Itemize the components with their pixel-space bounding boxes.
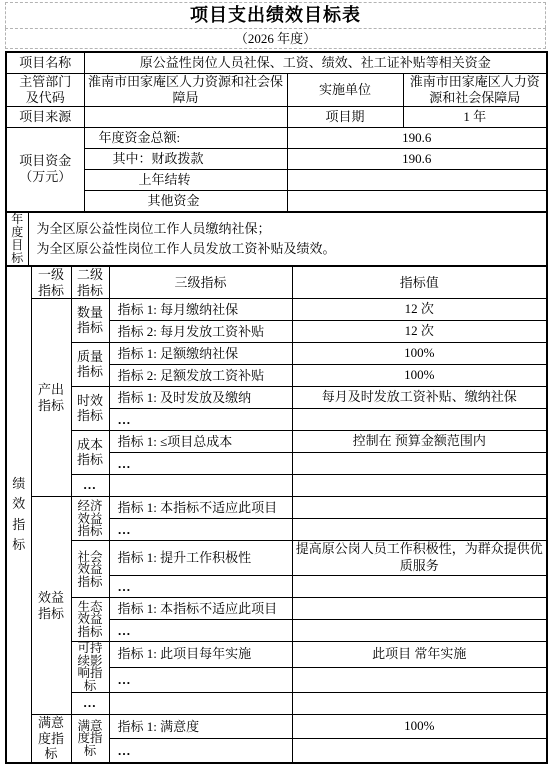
table-row: … bbox=[6, 475, 547, 497]
indicator-value bbox=[292, 598, 547, 620]
indicator-value bbox=[292, 453, 547, 475]
funds-total-label: 年度资金总额: bbox=[84, 128, 287, 149]
page-title: 项目支出绩效目标表 bbox=[5, 2, 546, 28]
performance-target-sheet: 项目支出绩效目标表 （2026 年度） 项目名称 原公益性岗位人员社保、工资、绩… bbox=[0, 0, 551, 767]
project-source-value bbox=[84, 107, 287, 128]
group-satisfaction: 满意度指标 bbox=[31, 715, 71, 763]
indicator-name: 指标 1: 满意度 bbox=[109, 715, 292, 739]
indicator-value bbox=[292, 667, 547, 693]
subgroup-satisfaction: 满意度指标 bbox=[71, 715, 109, 763]
subgroup-ellipsis: … bbox=[71, 475, 109, 497]
table-row: 质量指标 指标 1: 足额缴纳社保 100% bbox=[6, 343, 547, 365]
funds-total-value: 190.6 bbox=[287, 128, 547, 149]
table-row: 社会效益指标 指标 1: 提升工作积极性 提高原公岗人员工作积极性，为群众提供优… bbox=[6, 541, 547, 576]
funds-fiscal-label: 其中：财政拨款 bbox=[84, 149, 287, 170]
indicator-value: 控制在 预算金额范围内 bbox=[292, 431, 547, 453]
funds-fiscal-value: 190.6 bbox=[287, 149, 547, 170]
source-row: 项目来源 项目期 1 年 bbox=[6, 107, 547, 128]
dept-value: 淮南市田家庵区人力资源和社会保障局 bbox=[84, 73, 287, 107]
subgroup-ellipsis: … bbox=[71, 693, 109, 715]
funds-other-label: 其他资金 bbox=[84, 191, 287, 212]
funds-other-value bbox=[287, 191, 547, 212]
indicator-name bbox=[109, 475, 292, 497]
indicator-name: 指标 1: ≤项目总成本 bbox=[109, 431, 292, 453]
indicator-name bbox=[109, 693, 292, 715]
project-name-value: 原公益性岗位人员社保、工资、绩效、社工证补贴等相关资金 bbox=[84, 52, 547, 73]
indicator-value bbox=[292, 497, 547, 519]
table-row: … bbox=[6, 693, 547, 715]
table-row: 可持续影响指标 指标 1: 此项目每年实施 此项目 常年实施 bbox=[6, 642, 547, 668]
group-output: 产出指标 bbox=[31, 299, 71, 497]
indicator-value bbox=[292, 620, 547, 642]
indicator-value bbox=[292, 576, 547, 598]
indicators-header-row: 绩效指标 一级指标 二级指标 三级指标 指标值 bbox=[6, 266, 547, 299]
dept-label: 主管部门 及代码 bbox=[6, 73, 84, 107]
funds-row-carryover: 上年结转 bbox=[6, 170, 547, 191]
table-row: 效益指标 经济效益指标 指标 1: 本指标不适应此项目 bbox=[6, 497, 547, 519]
annual-goal-label: 年度目标 bbox=[6, 212, 28, 267]
indicator-name: 指标 1: 此项目每年实施 bbox=[109, 642, 292, 668]
indicator-value: 提高原公岗人员工作积极性，为群众提供优质服务 bbox=[292, 541, 547, 576]
indicator-value: 100% bbox=[292, 365, 547, 387]
annual-goal-table: 年度目标 为全区原公益性岗位工作人员缴纳社保； 为全区原公益性岗位工作人员发放工… bbox=[5, 211, 548, 268]
project-period-label: 项目期 bbox=[287, 107, 403, 128]
table-row: 成本指标 指标 1: ≤项目总成本 控制在 预算金额范围内 bbox=[6, 431, 547, 453]
indicator-name: 指标 1: 本指标不适应此项目 bbox=[109, 598, 292, 620]
page-subtitle: （2026 年度） bbox=[5, 28, 546, 49]
table-row: 生态效益指标 指标 1: 本指标不适应此项目 bbox=[6, 598, 547, 620]
indicator-name: 指标 1: 足额缴纳社保 bbox=[109, 343, 292, 365]
indicator-value: 此项目 常年实施 bbox=[292, 642, 547, 668]
indicator-value: 12 次 bbox=[292, 321, 547, 343]
funds-row-other: 其他资金 bbox=[6, 191, 547, 212]
indicator-name: … bbox=[109, 576, 292, 598]
subgroup-cost: 成本指标 bbox=[71, 431, 109, 475]
subgroup-quantity: 数量指标 bbox=[71, 299, 109, 343]
funds-row-total: 项目资金 （万元） 年度资金总额: 190.6 bbox=[6, 128, 547, 149]
indicator-name: … bbox=[109, 620, 292, 642]
indicator-name: … bbox=[109, 409, 292, 431]
funds-row-fiscal: 其中：财政拨款 190.6 bbox=[6, 149, 547, 170]
indicator-value: 每月及时发放工资补贴、缴纳社保 bbox=[292, 387, 547, 409]
indicator-value bbox=[292, 409, 547, 431]
indicators-table: 绩效指标 一级指标 二级指标 三级指标 指标值 产出指标 数量指标 指标 1: … bbox=[5, 265, 548, 764]
subgroup-sustainable: 可持续影响指标 bbox=[71, 642, 109, 693]
subgroup-economic: 经济效益指标 bbox=[71, 497, 109, 541]
funds-carryover-value bbox=[287, 170, 547, 191]
project-source-label: 项目来源 bbox=[6, 107, 84, 128]
header-value: 指标值 bbox=[292, 266, 547, 299]
indicator-name: … bbox=[109, 453, 292, 475]
funds-label: 项目资金 （万元） bbox=[6, 128, 84, 212]
indicators-side-label: 绩效指标 bbox=[6, 266, 31, 763]
subgroup-timeliness: 时效指标 bbox=[71, 387, 109, 431]
indicator-value: 100% bbox=[292, 715, 547, 739]
project-info-table: 项目名称 原公益性岗位人员社保、工资、绩效、社工证补贴等相关资金 主管部门 及代… bbox=[5, 51, 548, 213]
project-name-row: 项目名称 原公益性岗位人员社保、工资、绩效、社工证补贴等相关资金 bbox=[6, 52, 547, 73]
impl-unit-label: 实施单位 bbox=[287, 73, 403, 107]
table-row: 时效指标 指标 1: 及时发放及缴纳 每月及时发放工资补贴、缴纳社保 bbox=[6, 387, 547, 409]
subgroup-quality: 质量指标 bbox=[71, 343, 109, 387]
group-benefit: 效益指标 bbox=[31, 497, 71, 715]
indicator-value bbox=[292, 475, 547, 497]
indicator-name: … bbox=[109, 667, 292, 693]
indicator-name: 指标 1: 提升工作积极性 bbox=[109, 541, 292, 576]
indicator-name: … bbox=[109, 519, 292, 541]
indicator-value bbox=[292, 519, 547, 541]
header-level3: 三级指标 bbox=[109, 266, 292, 299]
project-name-label: 项目名称 bbox=[6, 52, 84, 73]
table-row: 产出指标 数量指标 指标 1: 每月缴纳社保 12 次 bbox=[6, 299, 547, 321]
subgroup-social: 社会效益指标 bbox=[71, 541, 109, 598]
indicator-value bbox=[292, 739, 547, 763]
impl-unit-value: 淮南市田家庵区人力资源和社会保障局 bbox=[403, 73, 547, 107]
header-level1: 一级指标 bbox=[31, 266, 71, 299]
indicator-name: 指标 1: 本指标不适应此项目 bbox=[109, 497, 292, 519]
indicator-name: … bbox=[109, 739, 292, 763]
funds-carryover-label: 上年结转 bbox=[84, 170, 287, 191]
table-row: 满意度指标 满意度指标 指标 1: 满意度 100% bbox=[6, 715, 547, 739]
indicator-value: 100% bbox=[292, 343, 547, 365]
annual-goal-text: 为全区原公益性岗位工作人员缴纳社保； 为全区原公益性岗位工作人员发放工资补贴及绩… bbox=[28, 212, 547, 267]
indicator-value: 12 次 bbox=[292, 299, 547, 321]
annual-goal-row: 年度目标 为全区原公益性岗位工作人员缴纳社保； 为全区原公益性岗位工作人员发放工… bbox=[6, 212, 547, 267]
indicator-value bbox=[292, 693, 547, 715]
indicator-name: 指标 2: 足额发放工资补贴 bbox=[109, 365, 292, 387]
indicator-name: 指标 2: 每月发放工资补贴 bbox=[109, 321, 292, 343]
header-level2: 二级指标 bbox=[71, 266, 109, 299]
dept-row: 主管部门 及代码 淮南市田家庵区人力资源和社会保障局 实施单位 淮南市田家庵区人… bbox=[6, 73, 547, 107]
subgroup-ecological: 生态效益指标 bbox=[71, 598, 109, 642]
indicator-name: 指标 1: 及时发放及缴纳 bbox=[109, 387, 292, 409]
project-period-value: 1 年 bbox=[403, 107, 547, 128]
indicator-name: 指标 1: 每月缴纳社保 bbox=[109, 299, 292, 321]
